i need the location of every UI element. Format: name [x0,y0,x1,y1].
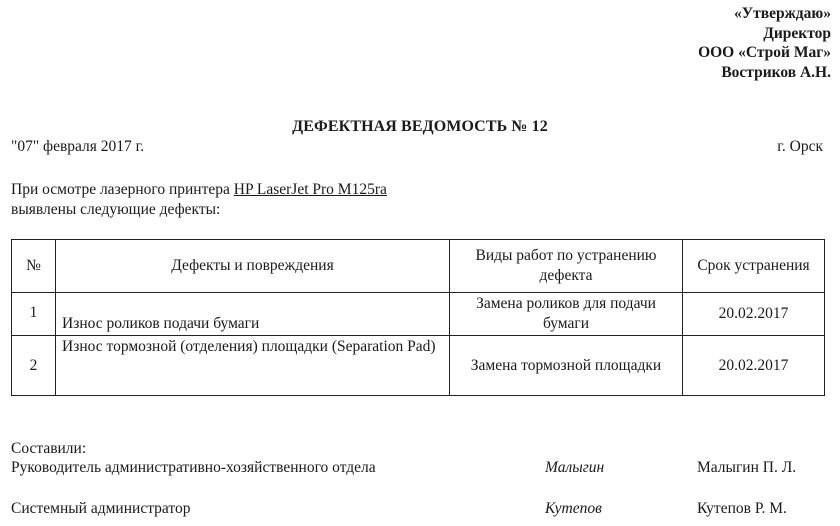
row-work: Замена тормозной площадки [450,336,683,396]
defects-table: № Дефекты и повреждения Виды работ по ус… [11,239,825,396]
approval-block: «Утверждаю» Директор ООО «Строй Маг» Вос… [698,4,831,82]
row-defect: Износ роликов подачи бумаги [56,293,450,336]
approver-company: ООО «Строй Маг» [698,43,831,63]
table-header-row: № Дефекты и повреждения Виды работ по ус… [12,240,825,293]
table-row: 1 Износ роликов подачи бумаги Замена рол… [12,293,825,336]
row-num: 2 [12,336,56,396]
signatory-role: Системный администратор [11,500,190,518]
intro-prefix: При осмотре лазерного принтера [11,181,234,198]
header-work: Виды работ по устранению дефекта [450,240,683,293]
row-work: Замена роликов для подачи бумаги [450,293,683,336]
document-date: "07" февраля 2017 г. [11,138,144,156]
approval-heading: «Утверждаю» [698,4,831,24]
signatory-signature: Малыгин [545,459,604,477]
intro-paragraph: При осмотре лазерного принтера HP LaserJ… [11,180,387,220]
table-row: 2 Износ тормозной (отделения) площадки (… [12,336,825,396]
signatory-name: Малыгин П. Л. [697,459,796,477]
approver-position: Директор [698,24,831,44]
signatory-row: Системный администратор Кутепов Кутепов … [11,500,831,520]
document-city: г. Орск [777,138,823,156]
approver-name: Востриков А.Н. [698,63,831,83]
row-num: 1 [12,293,56,336]
printer-model: HP LaserJet Pro M125ra [234,181,387,198]
composed-label: Составили: [11,440,86,458]
row-term: 20.02.2017 [683,293,825,336]
row-term: 20.02.2017 [683,336,825,396]
header-num: № [12,240,56,293]
header-term: Срок устранения [683,240,825,293]
signatory-row: Руководитель административно-хозяйственн… [11,459,831,479]
row-defect: Износ тормозной (отделения) площадки (Se… [56,336,450,396]
intro-line2: выявлены следующие дефекты: [11,200,387,220]
signatory-name: Кутепов Р. М. [697,500,787,518]
header-defects: Дефекты и повреждения [56,240,450,293]
signatory-role: Руководитель административно-хозяйственн… [11,459,376,477]
signatory-signature: Кутепов [545,500,602,518]
document-title: ДЕФЕКТНАЯ ВЕДОМОСТЬ № 12 [0,118,840,136]
